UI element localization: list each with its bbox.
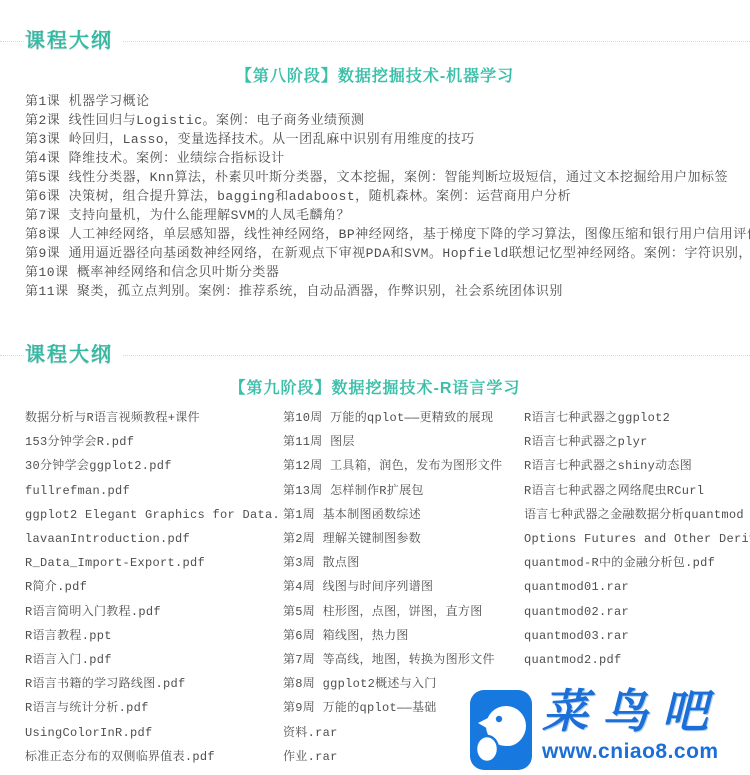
file-list-item: quantmod-R中的金融分析包.pdf [524, 551, 750, 575]
file-list-item: R语言七种武器之网络爬虫RCurl [524, 479, 750, 503]
file-list-item: quantmod01.rar [524, 575, 750, 599]
lesson-row: 第7课 支持向量机，为什么能理解SVM的人凤毛麟角？ [25, 206, 750, 225]
file-list-item: 153分钟学会R.pdf [25, 430, 281, 454]
file-list-item: lavaanIntroduction.pdf [25, 527, 281, 551]
section1-header-title: 课程大纲 [25, 28, 123, 54]
lesson-row: 第4课 降维技术。案例：业绩综合指标设计 [25, 149, 750, 168]
lesson-row: 第6课 决策树，组合提升算法，bagging和adaboost，随机森林。案例：… [25, 187, 750, 206]
week-list-item: 第10周 万能的qplot——更精致的展现 [283, 406, 521, 430]
week-list-item: 第3周 散点图 [283, 551, 521, 575]
file-list-item: R语言七种武器之ggplot2 [524, 406, 750, 430]
file-list-item: R语言与统计分析.pdf [25, 696, 281, 720]
section2-header-title: 课程大纲 [25, 342, 123, 368]
section2-stage-title: 【第九阶段】数据挖掘技术-R语言学习 [0, 375, 750, 398]
file-list-item: ggplot2 Elegant Graphics for Data.Pl [25, 503, 281, 527]
bird-icon [470, 690, 532, 770]
file-list-item: R简介.pdf [25, 575, 281, 599]
file-list-item: 数据分析与R语言视频教程+课件 [25, 406, 281, 430]
file-list-item: 30分钟学会ggplot2.pdf [25, 454, 281, 478]
site-name: 菜鸟吧 [542, 682, 750, 740]
course-outline-page: 课程大纲 【第八阶段】数据挖掘技术-机器学习 第1课 机器学习概论 第2课 线性… [0, 0, 750, 775]
site-watermark: 菜鸟吧 www.cniao8.com [468, 682, 750, 775]
lesson-list: 第1课 机器学习概论 第2课 线性回归与Logistic。案例：电子商务业绩预测… [25, 92, 750, 301]
file-list-item: R语言教程.ppt [25, 624, 281, 648]
file-column-1: 数据分析与R语言视频教程+课件 153分钟学会R.pdf 30分钟学会ggplo… [25, 406, 281, 775]
week-list-item: 第7周 等高线，地图，转换为图形文件 [283, 648, 521, 672]
watermark-text: 菜鸟吧 www.cniao8.com [542, 682, 750, 764]
week-list-item: 第2周 理解关键制图参数 [283, 527, 521, 551]
lesson-row: 第5课 线性分类器，Knn算法，朴素贝叶斯分类器，文本挖掘，案例：智能判断垃圾短… [25, 168, 750, 187]
file-list-item: R_Data_Import-Export.pdf [25, 551, 281, 575]
section1-stage-title: 【第八阶段】数据挖掘技术-机器学习 [0, 63, 750, 86]
file-list-item: quantmod02.rar [524, 600, 750, 624]
section1-header: 课程大纲 [0, 28, 750, 54]
site-url: www.cniao8.com [542, 740, 750, 764]
week-list-item: 第5周 柱形图，点图，饼图，直方图 [283, 600, 521, 624]
file-list-item: R语言七种武器之plyr [524, 430, 750, 454]
lesson-row: 第10课 概率神经网络和信念贝叶斯分类器 [25, 263, 750, 282]
week-list-item: 第13周 怎样制作R扩展包 [283, 479, 521, 503]
week-list-item: 第1周 基本制图函数综述 [283, 503, 521, 527]
file-list-item: quantmod03.rar [524, 624, 750, 648]
week-list-item: 第6周 箱线图，热力图 [283, 624, 521, 648]
lesson-row: 第8课 人工神经网络，单层感知器，线性神经网络，BP神经网络，基于梯度下降的学习… [25, 225, 750, 244]
lesson-row: 第1课 机器学习概论 [25, 92, 750, 111]
lesson-row: 第2课 线性回归与Logistic。案例：电子商务业绩预测 [25, 111, 750, 130]
file-list-item: R语言简明入门教程.pdf [25, 600, 281, 624]
week-list-item: 第12周 工具箱，润色，发布为图形文件 [283, 454, 521, 478]
section2-header: 课程大纲 [0, 342, 750, 368]
file-list-item: UsingColorInR.pdf [25, 721, 281, 745]
file-list-item: R语言七种武器之shiny动态图 [524, 454, 750, 478]
lesson-row: 第9课 通用逼近器径向基函数神经网络，在新观点下审视PDA和SVM。Hopfie… [25, 244, 750, 263]
lesson-row: 第3课 岭回归，Lasso，变量选择技术。从一团乱麻中识别有用维度的技巧 [25, 130, 750, 149]
file-list-item: quantmod2.pdf [524, 648, 750, 672]
file-list-item: 语言七种武器之金融数据分析quantmod [524, 503, 750, 527]
file-list-item: 标准正态分布的双侧临界值表.pdf [25, 745, 281, 769]
lesson-row: 第11课 聚类，孤立点判别。案例：推荐系统，自动品酒器，作弊识别，社会系统团体识… [25, 282, 750, 301]
file-list-item: R语言入门.pdf [25, 648, 281, 672]
file-list-item: fullrefman.pdf [25, 479, 281, 503]
week-list-item: 第11周 图层 [283, 430, 521, 454]
file-list-item: R语言书籍的学习路线图.pdf [25, 672, 281, 696]
file-list-item: Options Futures and Other Derivative [524, 527, 750, 551]
week-list-item: 第4周 线图与时间序列谱图 [283, 575, 521, 599]
